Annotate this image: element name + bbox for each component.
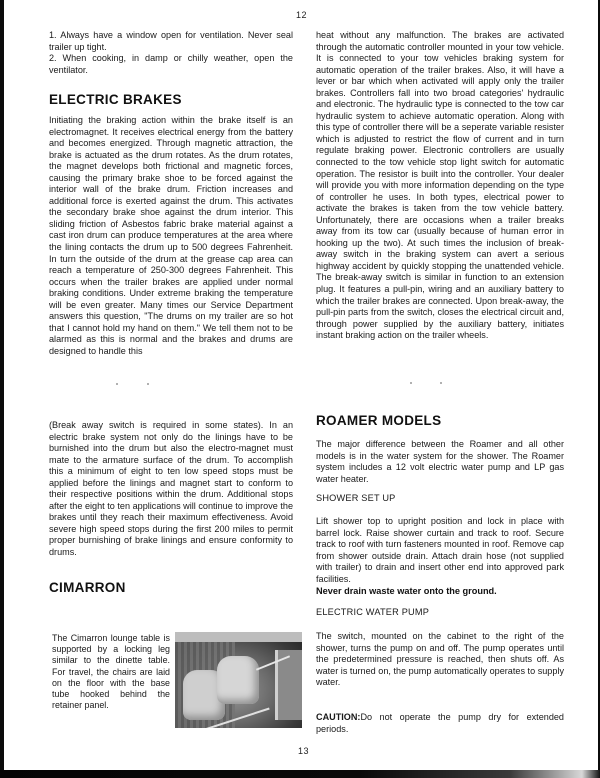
roamer-intro-text: The major difference between the Roamer … bbox=[316, 439, 564, 485]
cimarron-chairs-photo bbox=[175, 632, 302, 728]
ventilation-item-2: 2. When cooking, in damp or chilly weath… bbox=[49, 53, 293, 76]
controller-text: heat without any malfunction. The brakes… bbox=[316, 30, 564, 342]
cimarron-caption: The Cimarron lounge table is supported b… bbox=[52, 633, 170, 711]
page-number-bottom: 13 bbox=[298, 746, 309, 756]
controller-paragraph: heat without any malfunction. The brakes… bbox=[316, 30, 564, 342]
shower-setup-paragraph: Lift shower top to upright position and … bbox=[316, 516, 564, 585]
heading-cimarron: CIMARRON bbox=[49, 580, 126, 595]
heading-electric-brakes: ELECTRIC BRAKES bbox=[49, 92, 182, 107]
shower-setup-text: Lift shower top to upright position and … bbox=[316, 516, 564, 585]
burnishing-text: (Break away switch is required in some s… bbox=[49, 420, 293, 559]
caution-label: CAUTION: bbox=[316, 712, 360, 722]
heading-roamer-models: ROAMER MODELS bbox=[316, 413, 441, 428]
page-number-top: 12 bbox=[296, 10, 307, 20]
scan-speck bbox=[410, 382, 412, 384]
caution-note: CAUTION:Do not operate the pump dry for … bbox=[316, 712, 564, 735]
electric-brakes-paragraph: Initiating the braking action within the… bbox=[49, 115, 293, 357]
ventilation-item-1: 1. Always have a window open for ventila… bbox=[49, 30, 293, 53]
scan-speck bbox=[116, 383, 118, 385]
burnishing-paragraph: (Break away switch is required in some s… bbox=[49, 420, 293, 559]
cimarron-caption-text: The Cimarron lounge table is supported b… bbox=[52, 633, 170, 711]
electric-brakes-text: Initiating the braking action within the… bbox=[49, 115, 293, 357]
scan-speck bbox=[440, 382, 442, 384]
caution-paragraph: CAUTION:Do not operate the pump dry for … bbox=[316, 712, 564, 735]
subheading-electric-water-pump: ELECTRIC WATER PUMP bbox=[316, 607, 429, 617]
ventilation-list: 1. Always have a window open for ventila… bbox=[49, 30, 293, 76]
water-pump-paragraph: The switch, mounted on the cabinet to th… bbox=[316, 631, 564, 689]
drain-warning: Never drain waste water onto the ground. bbox=[316, 586, 497, 596]
water-pump-text: The switch, mounted on the cabinet to th… bbox=[316, 631, 564, 689]
scan-speck bbox=[147, 383, 149, 385]
roamer-intro: The major difference between the Roamer … bbox=[316, 439, 564, 485]
subheading-shower-setup: SHOWER SET UP bbox=[316, 493, 396, 503]
scan-bottom-edge bbox=[0, 770, 600, 778]
